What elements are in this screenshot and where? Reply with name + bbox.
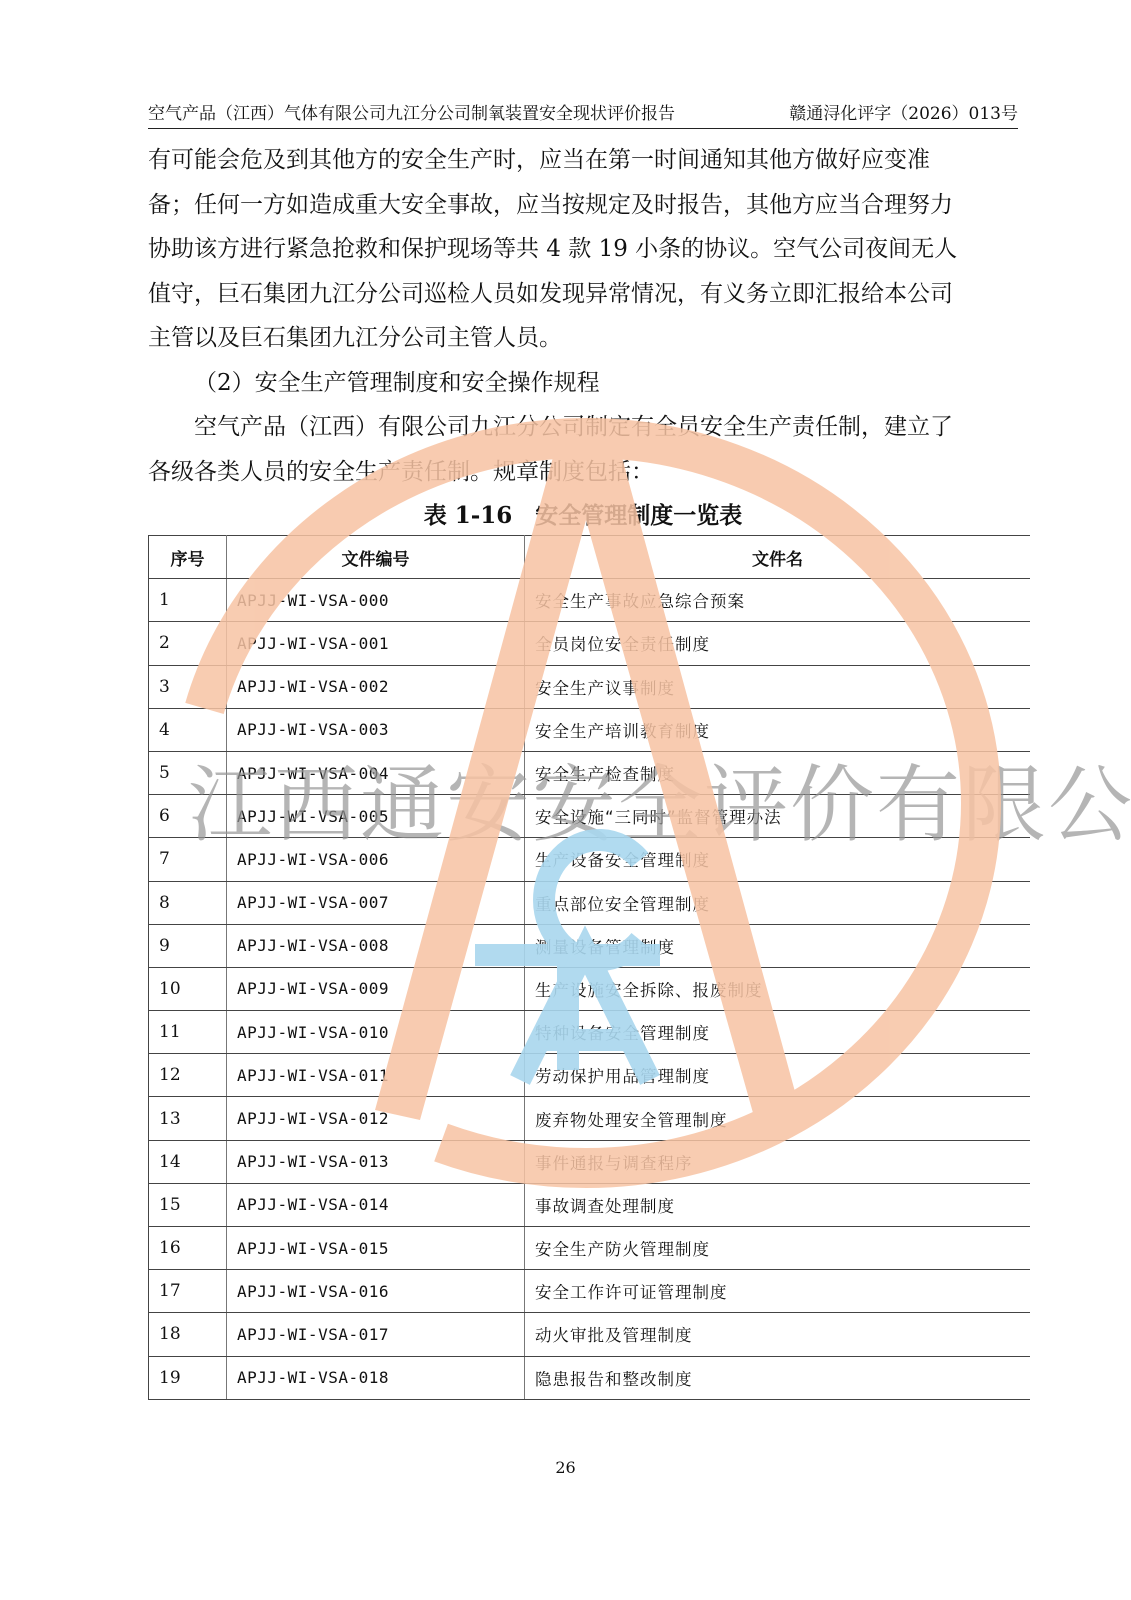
paragraph-line: 有可能会危及到其他方的安全生产时，应当在第一时间通知其他方做好应变准 [148, 138, 1018, 183]
file-name: 重点部位安全管理制度 [525, 881, 1031, 924]
row-number: 1 [149, 579, 227, 622]
file-code: APJJ-WI-VSA-015 [227, 1227, 525, 1270]
file-code: APJJ-WI-VSA-000 [227, 579, 525, 622]
file-name: 事件通报与调查程序 [525, 1140, 1031, 1183]
row-number: 2 [149, 622, 227, 665]
table-row: 9APJJ-WI-VSA-008测量设备管理制度 [149, 924, 1031, 967]
row-number: 13 [149, 1097, 227, 1140]
row-number: 12 [149, 1054, 227, 1097]
file-name: 劳动保护用品管理制度 [525, 1054, 1031, 1097]
file-code: APJJ-WI-VSA-018 [227, 1356, 525, 1399]
column-header-file-name: 文件名 [525, 536, 1031, 579]
table-header-row: 序号 文件编号 文件名 [149, 536, 1031, 579]
row-number: 10 [149, 967, 227, 1010]
file-name: 测量设备管理制度 [525, 924, 1031, 967]
row-number: 14 [149, 1140, 227, 1183]
page-number: 26 [0, 1458, 1131, 1477]
file-name: 安全工作许可证管理制度 [525, 1270, 1031, 1313]
section-subheading: （2）安全生产管理制度和安全操作规程 [148, 361, 1018, 406]
row-number: 15 [149, 1183, 227, 1226]
table-row: 11APJJ-WI-VSA-010特种设备安全管理制度 [149, 1011, 1031, 1054]
file-name: 安全生产议事制度 [525, 665, 1031, 708]
file-name: 动火审批及管理制度 [525, 1313, 1031, 1356]
table-row: 3APJJ-WI-VSA-002安全生产议事制度 [149, 665, 1031, 708]
row-number: 3 [149, 665, 227, 708]
table-row: 18APJJ-WI-VSA-017动火审批及管理制度 [149, 1313, 1031, 1356]
file-code: APJJ-WI-VSA-014 [227, 1183, 525, 1226]
file-code: APJJ-WI-VSA-010 [227, 1011, 525, 1054]
file-name: 隐患报告和整改制度 [525, 1356, 1031, 1399]
column-header-number: 序号 [149, 536, 227, 579]
file-name: 废弃物处理安全管理制度 [525, 1097, 1031, 1140]
table-row: 16APJJ-WI-VSA-015安全生产防火管理制度 [149, 1227, 1031, 1270]
watermark-text: 江西通安安全评价有限公司 [188, 738, 1131, 859]
paragraph-line: 协助该方进行紧急抢救和保护现场等共 4 款 19 小条的协议。空气公司夜间无人 [148, 227, 1018, 272]
paragraph-line: 各级各类人员的安全生产责任制。规章制度包括： [148, 450, 1018, 495]
file-name: 安全生产事故应急综合预案 [525, 579, 1031, 622]
row-number: 16 [149, 1227, 227, 1270]
file-code: APJJ-WI-VSA-013 [227, 1140, 525, 1183]
file-code: APJJ-WI-VSA-002 [227, 665, 525, 708]
file-name: 全员岗位安全责任制度 [525, 622, 1031, 665]
running-header: 空气产品（江西）气体有限公司九江分公司制氧装置安全现状评价报告 赣通浔化评字（2… [148, 96, 1018, 129]
table-row: 8APJJ-WI-VSA-007重点部位安全管理制度 [149, 881, 1031, 924]
file-code: APJJ-WI-VSA-012 [227, 1097, 525, 1140]
row-number: 18 [149, 1313, 227, 1356]
table-row: 1APJJ-WI-VSA-000安全生产事故应急综合预案 [149, 579, 1031, 622]
safety-rules-table: 序号 文件编号 文件名 1APJJ-WI-VSA-000安全生产事故应急综合预案… [148, 535, 1030, 1400]
file-code: APJJ-WI-VSA-001 [227, 622, 525, 665]
table-row: 10APJJ-WI-VSA-009生产设施安全拆除、报废制度 [149, 967, 1031, 1010]
document-page: 空气产品（江西）气体有限公司九江分公司制氧装置安全现状评价报告 赣通浔化评字（2… [0, 0, 1131, 1600]
row-number: 17 [149, 1270, 227, 1313]
paragraph-line: 备；任何一方如造成重大安全事故，应当按规定及时报告，其他方应当合理努力 [148, 183, 1018, 228]
table-row: 19APJJ-WI-VSA-018隐患报告和整改制度 [149, 1356, 1031, 1399]
report-number: 赣通浔化评字（2026）013号 [789, 99, 1018, 124]
file-name: 事故调查处理制度 [525, 1183, 1031, 1226]
table-row: 14APJJ-WI-VSA-013事件通报与调查程序 [149, 1140, 1031, 1183]
table-row: 12APJJ-WI-VSA-011劳动保护用品管理制度 [149, 1054, 1031, 1097]
paragraph-line: 主管以及巨石集团九江分公司主管人员。 [148, 316, 1018, 361]
row-number: 19 [149, 1356, 227, 1399]
row-number: 9 [149, 924, 227, 967]
report-title: 空气产品（江西）气体有限公司九江分公司制氧装置安全现状评价报告 [148, 99, 675, 124]
file-code: APJJ-WI-VSA-007 [227, 881, 525, 924]
file-code: APJJ-WI-VSA-016 [227, 1270, 525, 1313]
table-row: 13APJJ-WI-VSA-012废弃物处理安全管理制度 [149, 1097, 1031, 1140]
table-row: 2APJJ-WI-VSA-001全员岗位安全责任制度 [149, 622, 1031, 665]
file-code: APJJ-WI-VSA-011 [227, 1054, 525, 1097]
paragraph-line: 值守，巨石集团九江分公司巡检人员如发现异常情况，有义务立即汇报给本公司 [148, 272, 1018, 317]
file-name: 生产设施安全拆除、报废制度 [525, 967, 1031, 1010]
table-caption: 表 1-16 安全管理制度一览表 [148, 497, 1018, 530]
file-code: APJJ-WI-VSA-017 [227, 1313, 525, 1356]
table-row: 15APJJ-WI-VSA-014事故调查处理制度 [149, 1183, 1031, 1226]
row-number: 11 [149, 1011, 227, 1054]
row-number: 8 [149, 881, 227, 924]
paragraph-line: 空气产品（江西）有限公司九江分公司制定有全员安全生产责任制，建立了 [148, 405, 1018, 450]
file-name: 特种设备安全管理制度 [525, 1011, 1031, 1054]
file-code: APJJ-WI-VSA-008 [227, 924, 525, 967]
column-header-file-code: 文件编号 [227, 536, 525, 579]
table-row: 17APJJ-WI-VSA-016安全工作许可证管理制度 [149, 1270, 1031, 1313]
file-name: 安全生产防火管理制度 [525, 1227, 1031, 1270]
file-code: APJJ-WI-VSA-009 [227, 967, 525, 1010]
body-text: 有可能会危及到其他方的安全生产时，应当在第一时间通知其他方做好应变准 备；任何一… [148, 138, 1018, 494]
